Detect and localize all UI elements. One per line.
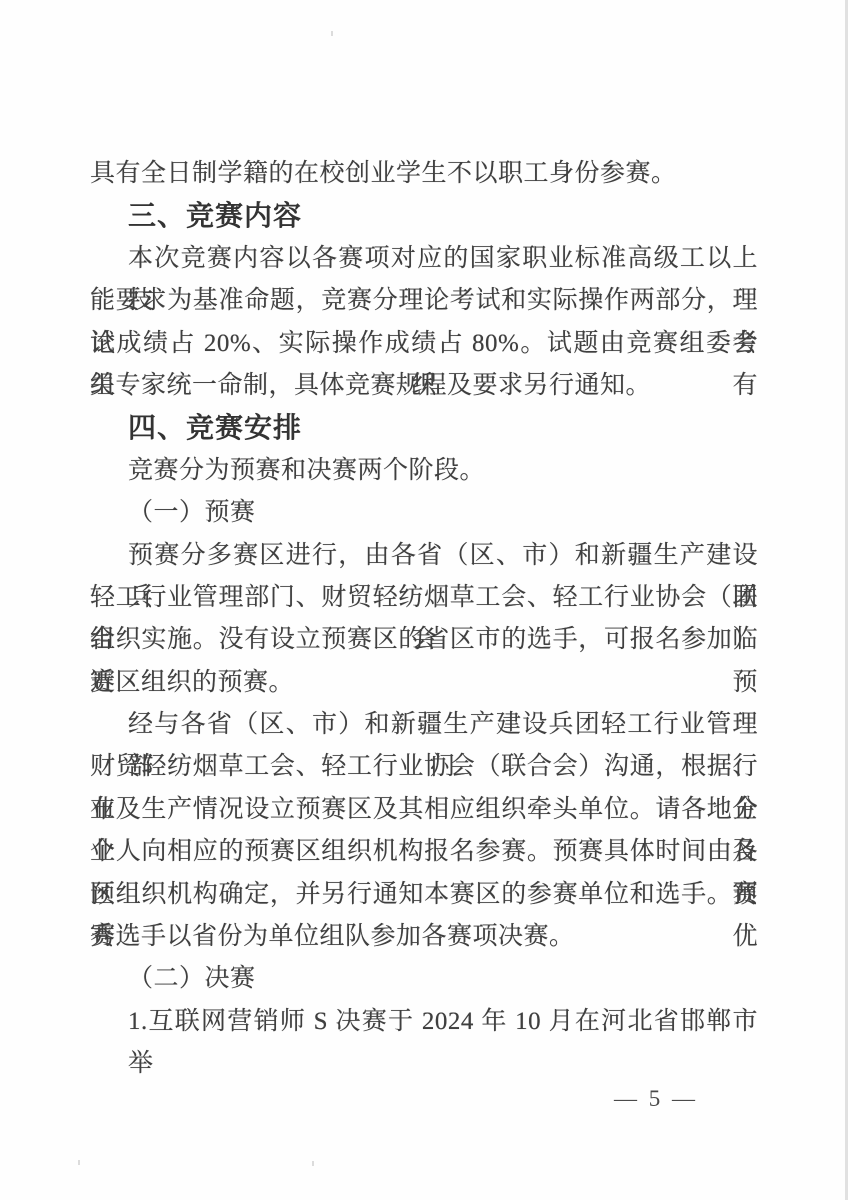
scanned-document-page: 具有全日制学籍的在校创业学生不以职工身份参赛。三、竞赛内容本次竞赛内容以各赛项对… xyxy=(0,0,848,1200)
body-line: 竞赛分为预赛和决赛两个阶段。 xyxy=(90,450,758,492)
body-line: 个人向相应的预赛区组织机构报名参赛。预赛具体时间由各预赛 xyxy=(90,831,758,873)
scan-speck xyxy=(78,1160,80,1165)
body-line: 财贸轻纺烟草工会、轻工行业协会（联合会）沟通，根据行业分 xyxy=(90,746,758,788)
section-heading: 四、竞赛安排 xyxy=(90,407,758,449)
body-line: 试成绩占 20%、实际操作成绩占 80%。试题由竞赛组委会组织有 xyxy=(90,323,758,365)
section-heading: 三、竞赛内容 xyxy=(90,195,758,237)
body-line: 能要求为基准命题，竞赛分理论考试和实际操作两部分，理论考 xyxy=(90,280,758,322)
body-line: 布及生产情况设立预赛区及其相应组织牵头单位。请各地企业及 xyxy=(90,789,758,831)
body-line: 组织实施。没有设立预赛区的省区市的选手，可报名参加临近预 xyxy=(90,619,758,661)
body-line: 经与各省（区、市）和新疆生产建设兵团轻工行业管理部门、 xyxy=(90,704,758,746)
body-line: （一）预赛 xyxy=(90,492,758,534)
scan-speck xyxy=(331,31,333,36)
body-line: （二）决赛 xyxy=(90,958,758,1000)
scan-speck xyxy=(312,1161,314,1166)
body-line: 本次竞赛内容以各赛项对应的国家职业标准高级工以上技 xyxy=(90,238,758,280)
body-line: 轻工行业管理部门、财贸轻纺烟草工会、轻工行业协会（联合会） xyxy=(90,577,758,619)
document-content: 具有全日制学籍的在校创业学生不以职工身份参赛。三、竞赛内容本次竞赛内容以各赛项对… xyxy=(90,153,758,1043)
body-line: 1.互联网营销师 S 决赛于 2024 年 10 月在河北省邯郸市举 xyxy=(90,1001,758,1043)
body-line: 具有全日制学籍的在校创业学生不以职工身份参赛。 xyxy=(90,153,758,195)
page-number: — 5 — xyxy=(598,1086,714,1112)
body-line: 预赛分多赛区进行，由各省（区、市）和新疆生产建设兵团 xyxy=(90,535,758,577)
body-line: 区组织机构确定，并另行通知本赛区的参赛单位和选手。预赛优 xyxy=(90,874,758,916)
